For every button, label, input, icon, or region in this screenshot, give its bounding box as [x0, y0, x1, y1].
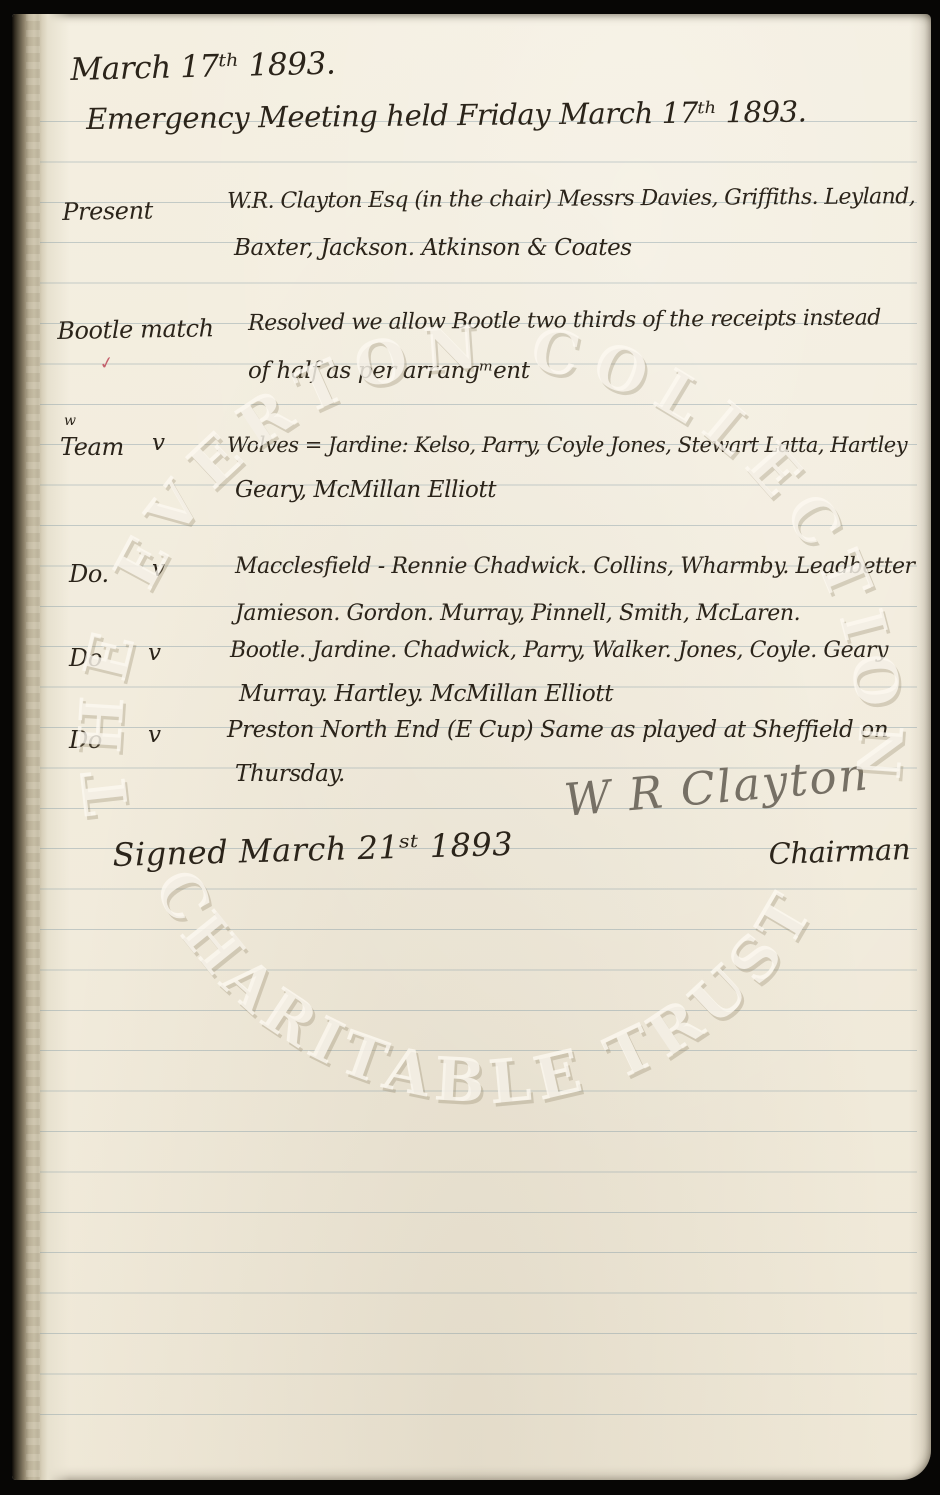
line-team-1: Wolves = Jardine: Kelso, Parry, Coyle Jo… — [227, 433, 907, 457]
vs-do-1: v — [152, 556, 165, 582]
vs-do-3: v — [148, 722, 161, 748]
label-bootle-match: Bootle match — [57, 314, 214, 345]
chairman-role: Chairman — [768, 832, 911, 871]
heading-date: March 17ᵗʰ 1893. — [70, 46, 336, 88]
label-do-1: Do. — [69, 560, 109, 588]
minute-book-page: March 17ᵗʰ 1893. Emergency Meeting held … — [12, 14, 931, 1480]
superscript-note-team: w — [64, 413, 76, 429]
line-present-1: W.R. Clayton Esq (in the chair) Messrs D… — [227, 184, 915, 214]
label-present: Present — [62, 196, 153, 226]
line-macclesfield-2: Jamieson. Gordon. Murray, Pinnell, Smith… — [235, 601, 800, 626]
line-macclesfield-1: Macclesfield - Rennie Chadwick. Collins,… — [235, 554, 915, 579]
vs-do-2: v — [148, 640, 161, 666]
line-present-2: Baxter, Jackson. Atkinson & Coates — [234, 235, 632, 261]
label-do-3: Do — [69, 726, 102, 754]
vs-team: v — [152, 430, 165, 456]
line-bootle-match-2: of half as per arrangᵐent — [248, 358, 530, 384]
line-team-2: Geary, McMillan Elliott — [235, 477, 496, 503]
label-team: Team — [60, 433, 124, 461]
page-edge-texture — [26, 14, 40, 1480]
label-do-2: Do — [69, 644, 102, 672]
line-bootle-team-1: Bootle. Jardine. Chadwick, Parry, Walker… — [230, 638, 888, 663]
line-preston-1: Preston North End (E Cup) Same as played… — [227, 717, 888, 743]
line-preston-2: Thursday. — [235, 761, 345, 787]
line-bootle-team-2: Murray. Hartley. McMillan Elliott — [239, 681, 613, 707]
photo-frame: March 17ᵗʰ 1893. Emergency Meeting held … — [0, 0, 940, 1495]
